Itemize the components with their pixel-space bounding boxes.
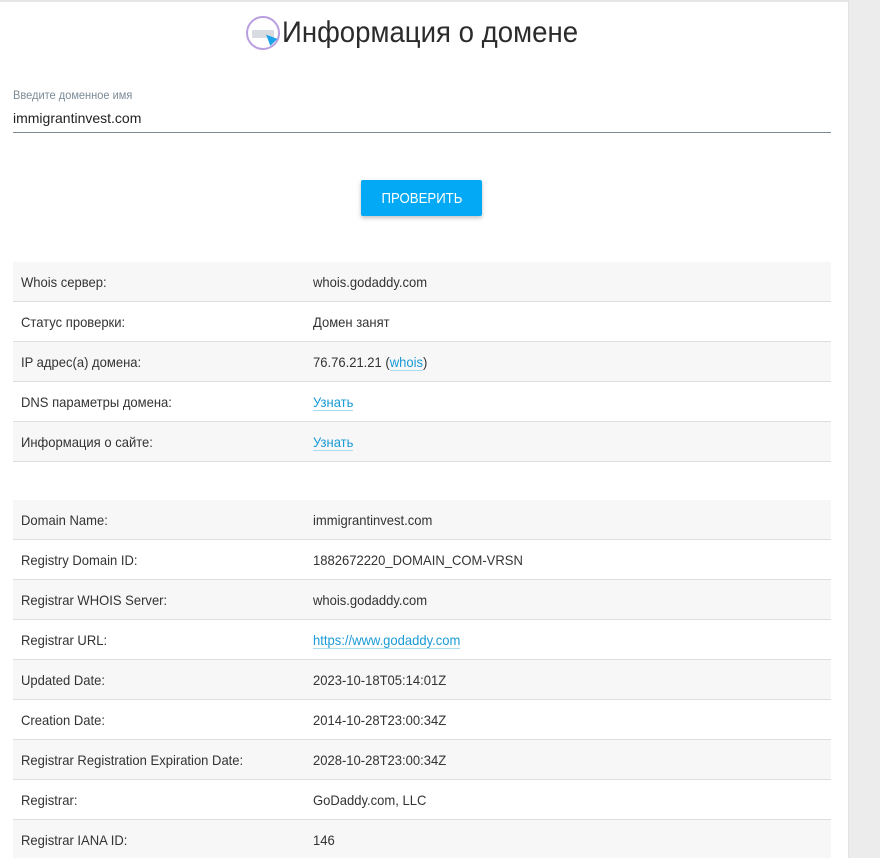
row-label: Registrar IANA ID: xyxy=(13,832,313,848)
table-row: Registrar WHOIS Server: whois.godaddy.co… xyxy=(13,580,831,620)
row-value: immigrantinvest.com xyxy=(313,512,831,528)
row-label: Registry Domain ID: xyxy=(13,552,313,568)
table-row: Creation Date: 2014-10-28T23:00:34Z xyxy=(13,700,831,740)
row-label: Статус проверки: xyxy=(13,314,313,330)
table-row: Статус проверки: Домен занят xyxy=(13,302,831,342)
table-row: Updated Date: 2023-10-18T05:14:01Z xyxy=(13,660,831,700)
table-row: Registrar Registration Expiration Date: … xyxy=(13,740,831,780)
domain-search-icon xyxy=(246,16,280,50)
row-label: Registrar Registration Expiration Date: xyxy=(13,752,313,768)
table-row: DNS параметры домена: Узнать xyxy=(13,382,831,422)
table-row: Registrar: GoDaddy.com, LLC xyxy=(13,780,831,820)
row-label: Registrar WHOIS Server: xyxy=(13,592,313,608)
row-label: Registrar: xyxy=(13,792,313,808)
registrar-url-link[interactable]: https://www.godaddy.com xyxy=(313,632,460,649)
row-value: 2028-10-28T23:00:34Z xyxy=(313,752,831,768)
row-value: Узнать xyxy=(313,394,831,410)
table-row: Domain Name: immigrantinvest.com xyxy=(13,500,831,540)
ip-whois-link[interactable]: whois xyxy=(390,354,423,371)
row-value: 2014-10-28T23:00:34Z xyxy=(313,712,831,728)
row-value: whois.godaddy.com xyxy=(313,592,831,608)
ip-value: 76.76.21.21 (whois) xyxy=(313,354,831,370)
page-title: Информация о домене xyxy=(282,16,578,50)
row-label: Creation Date: xyxy=(13,712,313,728)
domain-input[interactable] xyxy=(13,109,831,133)
row-label: DNS параметры домена: xyxy=(13,394,313,410)
row-label: IP адрес(а) домена: xyxy=(13,354,313,370)
row-label: Updated Date: xyxy=(13,672,313,688)
table-row: Registrar URL: https://www.godaddy.com xyxy=(13,620,831,660)
table-row: IP адрес(а) домена: 76.76.21.21 (whois) xyxy=(13,342,831,382)
check-button-label: ПРОВЕРИТЬ xyxy=(381,190,462,207)
dns-lookup-link[interactable]: Узнать xyxy=(313,394,353,411)
site-info-link[interactable]: Узнать xyxy=(313,434,353,451)
row-label: Информация о сайте: xyxy=(13,434,313,450)
whois-card: Информация о домене Введите доменное имя… xyxy=(0,0,849,858)
row-value: https://www.godaddy.com xyxy=(313,632,831,648)
page-header: Информация о домене xyxy=(0,16,849,50)
row-value: 2023-10-18T05:14:01Z xyxy=(313,672,831,688)
row-value: GoDaddy.com, LLC xyxy=(313,792,831,808)
table-row: Whois сервер: whois.godaddy.com xyxy=(13,262,831,302)
row-label: Domain Name: xyxy=(13,512,313,528)
row-value: 1882672220_DOMAIN_COM-VRSN xyxy=(313,552,831,568)
status-value: Домен занят xyxy=(313,314,831,330)
row-label: Whois сервер: xyxy=(13,274,313,290)
whois-table: Domain Name: immigrantinvest.com Registr… xyxy=(13,500,831,858)
domain-field-label: Введите доменное имя xyxy=(13,88,766,102)
table-row: Информация о сайте: Узнать xyxy=(13,422,831,462)
row-value: whois.godaddy.com xyxy=(313,274,831,290)
table-row: Registry Domain ID: 1882672220_DOMAIN_CO… xyxy=(13,540,831,580)
row-value: 146 xyxy=(313,832,831,848)
row-value: Узнать xyxy=(313,434,831,450)
ip-address: 76.76.21.21 xyxy=(313,354,382,370)
domain-field: Введите доменное имя xyxy=(13,88,831,133)
summary-table: Whois сервер: whois.godaddy.com Статус п… xyxy=(13,262,831,462)
table-row: Registrar IANA ID: 146 xyxy=(13,820,831,858)
check-button[interactable]: ПРОВЕРИТЬ xyxy=(361,180,482,216)
row-label: Registrar URL: xyxy=(13,632,313,648)
